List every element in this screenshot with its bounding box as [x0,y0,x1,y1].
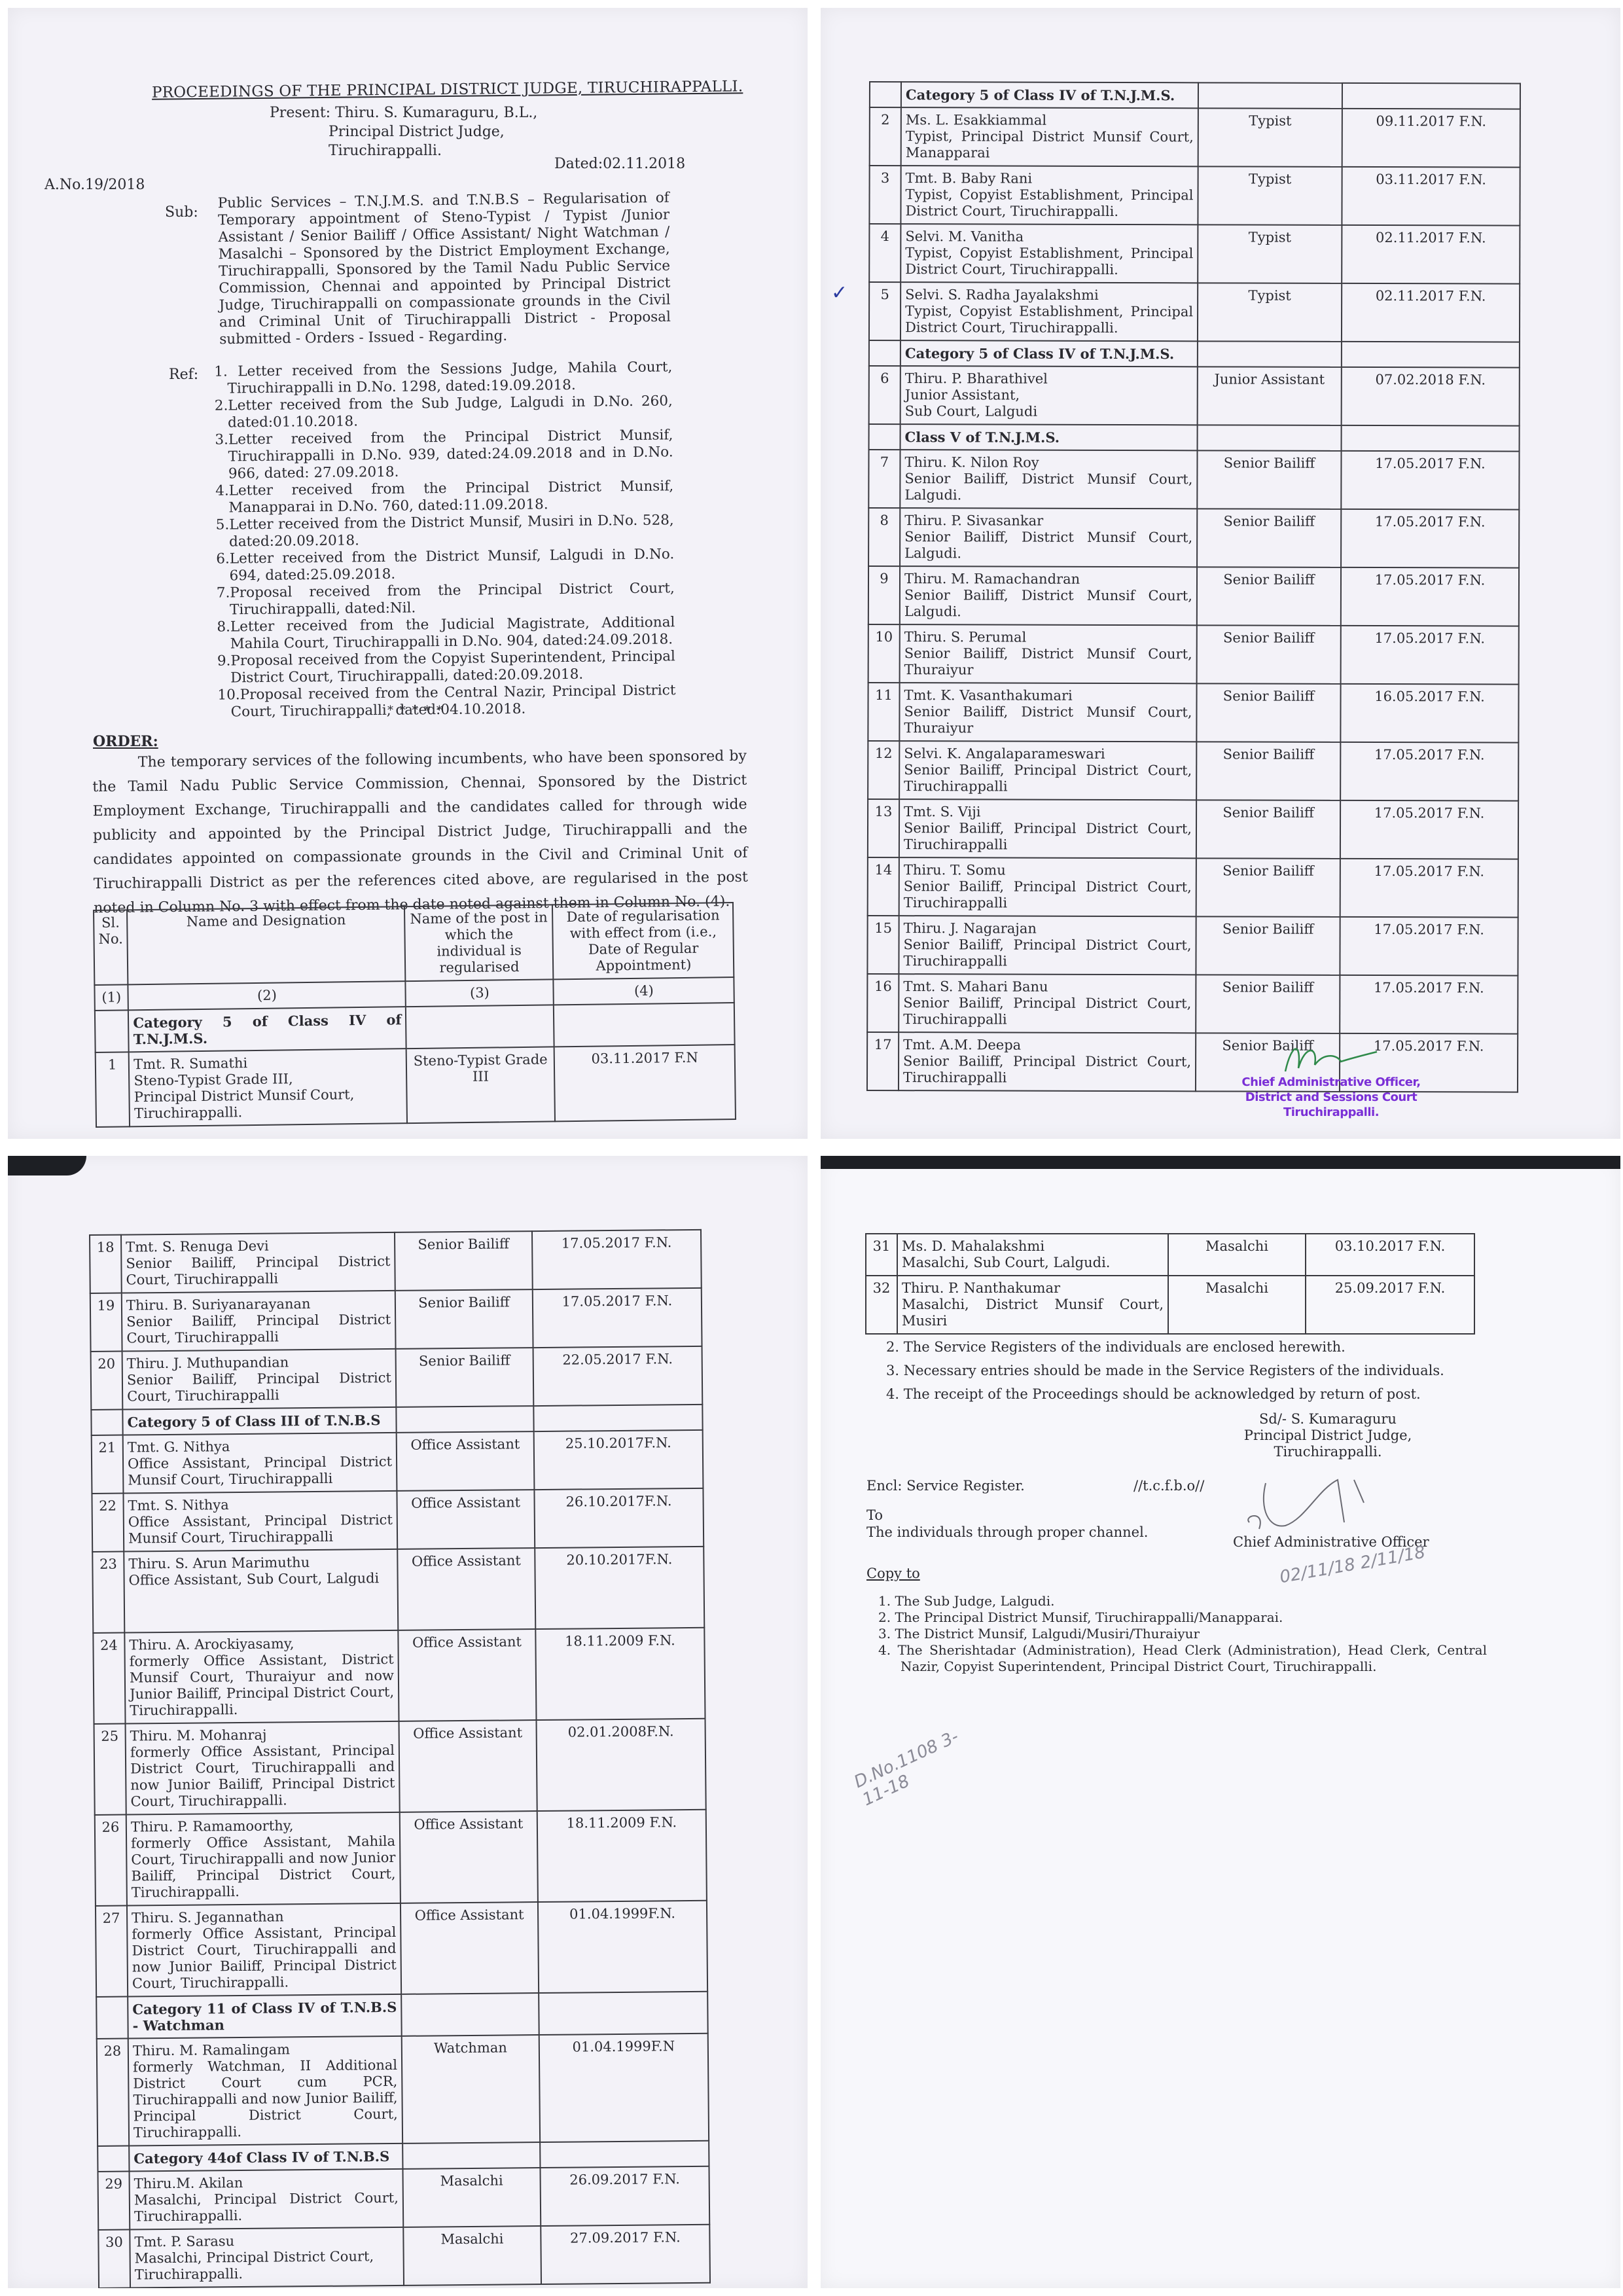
date: Dated:02.11.2018 [554,156,685,172]
name-line: Sub Court, Lalgudi [905,403,1193,420]
post-cell [402,2142,540,2169]
name-designation-cell: Thiru. M. Mohanrajformerly Office Assist… [126,1721,400,1815]
name-designation-cell: Thiru. S. Arun MarimuthuOffice Assistant… [124,1549,398,1633]
name-line: Tmt. G. Nithya [128,1437,392,1456]
copy-to-item: 2. The Principal District Munsif, Tiruch… [878,1609,1487,1626]
stamp-line: Chief Administrative Officer, [1213,1075,1449,1090]
post-cell: Senior Bailiff [1196,683,1340,742]
name-line: Tmt. K. Vasanthakumari [904,687,1192,704]
closing-paragraph: 3. Necessary entries should be made in t… [886,1359,1444,1382]
sl-cell: 1 [96,1052,130,1127]
date-cell: 17.05.2017 F.N. [532,1230,702,1289]
enclosure: Encl: Service Register. [866,1478,1025,1494]
sl-cell: 5 [869,282,901,340]
sl-cell: 32 [866,1276,897,1334]
post-cell [396,1406,533,1433]
table-row: 4Selvi. M. VanithaTypist, Copyist Establ… [869,224,1520,284]
table-row: 23Thiru. S. Arun MarimuthuOffice Assista… [92,1547,704,1633]
name-line: Selvi. S. Radha Jayalakshmi [905,287,1193,304]
table-row: 16Tmt. S. Mahari BanuSenior Bailiff, Pri… [867,974,1518,1034]
subject-label: Sub: [165,204,198,221]
sl-cell: 31 [866,1234,897,1276]
sl-cell: 15 [867,916,899,974]
sl-cell: 2 [870,107,901,166]
name-line: Typist, Principal District Munsif Court,… [906,128,1194,162]
name-line: Tiruchirappalli. [135,2265,399,2284]
table-body: 18Tmt. S. Renuga DeviSenior Bailiff, Pri… [90,1230,710,2288]
table-row: 6Thiru. P. BharathivelJunior Assistant,S… [869,366,1520,426]
date-cell [1342,425,1520,452]
name-line: Tmt. S. Nithya [128,1496,393,1515]
name-line: Senior Bailiff, District Munsif Court, L… [904,587,1192,620]
name-designation-cell: Thiru. T. SomuSenior Bailiff, Principal … [899,857,1196,916]
post-cell: Typist [1198,224,1342,283]
name-line: Thiru. P. Bharathivel [905,370,1193,387]
post-cell: Senior Bailiff [395,1231,533,1291]
name-line: Thiru. M. Ramalingam [133,2041,397,2060]
post-cell: Senior Bailiff [1196,975,1340,1033]
name-line: Senior Bailiff, Principal District Court… [126,1253,390,1289]
sl-cell [96,1997,128,2039]
post-cell: Senior Bailiff [1197,509,1341,567]
reference-item: 8.Letter received from the Judicial Magi… [217,614,675,653]
date-cell [533,1405,702,1431]
table-row: 20Thiru. J. MuthupandianSenior Bailiff, … [91,1346,703,1410]
date-cell [1342,83,1520,109]
date-cell [540,2141,709,2168]
date-cell [1342,342,1520,368]
sl-cell: 8 [868,508,900,566]
sl-cell: 9 [868,566,900,624]
reference-item: 1. Letter received from the Sessions Jud… [214,359,673,397]
name-line: Masalchi, District Munsif Court, Musiri [902,1297,1164,1329]
stamp-line: District and Sessions Court [1213,1090,1449,1105]
post-cell: Senior Bailiff [1196,858,1340,917]
present-line: Tiruchirappalli. [270,141,537,160]
post-cell: Senior Bailiff [395,1289,533,1349]
header-sl: Sl. No. [94,910,128,985]
post-cell: Masalchi [402,2168,541,2227]
name-line: Thiru. B. Suriyanarayanan [126,1295,391,1314]
sl-cell: 11 [868,683,899,741]
name-designation-cell: Thiru. P. Ramamoorthy,formerly Office As… [126,1812,401,1906]
name-line: Ms. L. Esakkiammal [906,112,1194,129]
sl-cell [870,82,901,107]
name-line: Masalchi, Sub Court, Lalgudi. [902,1255,1164,1271]
name-designation-cell: Thiru. A. Arockiyasamy,formerly Office A… [124,1630,399,1724]
handwritten-note: D.No.1108 3-11-18 [851,1719,987,1810]
header-date: Date of regularisation with effect from … [552,903,734,979]
table-row: 28Thiru. M. Ramalingamformerly Watchman,… [97,2034,709,2146]
reference-item: 5.Letter received from the District Muns… [216,512,675,550]
date-cell: 02.11.2017 F.N. [1342,225,1520,284]
date-cell: 03.11.2017 F.N [554,1045,736,1121]
table-body: Category 5 of Class IV of T.N.J.M.S.1Tmt… [95,1003,736,1127]
copy-to-item: 3. The District Munsif, Lalgudi/Musiri/T… [878,1626,1487,1642]
date-cell: 22.05.2017 F.N. [533,1346,703,1406]
table-body: Category 5 of Class IV of T.N.J.M.S.2Ms.… [867,82,1520,1092]
date-cell: 17.05.2017 F.N. [1341,567,1519,626]
table-row: 12Selvi. K. AngalaparameswariSenior Bail… [868,741,1518,801]
sl-cell [91,1410,122,1435]
col-num: (2) [128,981,406,1010]
name-line: Thiru. P. Sivasankar [904,512,1192,529]
name-designation-cell: Tmt. K. VasanthakumariSenior Bailiff, Di… [899,683,1196,742]
sl-cell: 14 [868,857,899,916]
post-cell: Typist [1198,283,1342,342]
name-line: Office Assistant, Sub Court, Lalgudi [129,1570,393,1589]
post-cell: Typist [1198,108,1342,167]
sl-cell: 21 [92,1435,124,1494]
category-label: Category 5 of Class IV of T.N.J.M.S. [901,82,1198,108]
name-line: Thiru. J. Nagarajan [904,920,1192,937]
post-cell: Office Assistant [400,1811,538,1903]
date-cell [554,1003,735,1047]
name-designation-cell: Thiru. P. SivasankarSenior Bailiff, Dist… [900,508,1197,567]
category-label: Category 5 of Class III of T.N.B.S [122,1407,396,1435]
signoff-line: Tiruchirappalli. [1240,1444,1416,1460]
table-row: 29Thiru.M. AkilanMasalchi, Principal Dis… [98,2166,709,2230]
name-line: Typist, Copyist Establishment, Principal… [905,187,1193,220]
name-line: Junior Assistant, [905,387,1193,404]
name-designation-cell: Tmt. B. Baby RaniTypist, Copyist Establi… [901,166,1198,224]
date-cell [539,1992,708,2035]
name-line: Senior Bailiff, Principal District Court… [904,878,1192,912]
table-row: 9Thiru. M. RamachandranSenior Bailiff, D… [868,566,1519,626]
present-line: Principal District Judge, [270,122,537,141]
category-row: Class V of T.N.J.M.S. [869,424,1520,452]
table-row: 2Ms. L. EsakkiammalTypist, Principal Dis… [870,107,1520,168]
table-row: 1Tmt. R. SumathiSteno-Typist Grade III,P… [96,1045,736,1127]
sl-cell [98,2146,129,2172]
name-line: Senior Bailiff, Principal District Court… [903,937,1191,970]
table-row: 7Thiru. K. Nilon RoySenior Bailiff, Dist… [868,450,1519,510]
name-line: Thiru. T. Somu [904,862,1192,879]
name-line: Thiru. S. Arun Marimuthu [128,1554,393,1573]
name-designation-cell: Tmt. G. NithyaOffice Assistant, Principa… [123,1433,397,1494]
name-line: Senior Bailiff, Principal District Court… [903,1053,1191,1086]
date-cell: 07.02.2018 F.N. [1342,367,1520,426]
date-cell: 17.05.2017 F.N. [1340,859,1518,918]
name-line: Senior Bailiff, District Munsif Court, T… [904,645,1192,679]
name-designation-cell: Tmt. S. Renuga DeviSenior Bailiff, Princ… [121,1232,395,1293]
table-row: 31Ms. D. MahalakshmiMasalchi, Sub Court,… [866,1234,1474,1276]
name-line: formerly Office Assistant, District Muns… [130,1651,395,1719]
sl-cell: 27 [96,1906,128,1997]
name-line: formerly Office Assistant, Mahila Court,… [131,1833,396,1901]
name-line: Tiruchirappalli. [134,1102,402,1122]
sl-cell [869,340,901,366]
post-cell [1198,341,1342,367]
checkmark-icon: ✓ [831,281,847,304]
category-label: Category 11 of Class IV of T.N.B.S - Wat… [128,1994,402,2039]
table-row: 15Thiru. J. NagarajanSenior Bailiff, Pri… [867,916,1518,976]
present-block: Present: Thiru. S. Kumaraguru, B.L., Pri… [270,103,537,160]
copy-to-list: 1. The Sub Judge, Lalgudi. 2. The Princi… [878,1593,1487,1675]
name-line: Office Assistant, Principal District Mun… [128,1454,392,1489]
signoff-line: Principal District Judge, [1240,1427,1416,1444]
date-cell: 09.11.2017 F.N. [1342,109,1520,168]
post-cell: Typist [1198,166,1342,225]
reference-item: 7.Proposal received from the Principal D… [217,580,675,619]
table-row: 19Thiru. B. SuriyanarayananSenior Bailif… [90,1288,702,1352]
header-post: Name of the post in which the individual… [404,905,553,981]
page-2: ✓ Category 5 of Class IV of T.N.J.M.S.2M… [821,8,1620,1139]
category-label: Category 5 of Class IV of T.N.J.M.S. [901,340,1198,367]
name-line: Senior Bailiff, District Munsif Court, L… [904,471,1192,504]
name-designation-cell: Tmt. S. Mahari BanuSenior Bailiff, Princ… [899,974,1196,1033]
col-num: (4) [554,977,734,1005]
sl-cell: 17 [867,1032,899,1090]
table-row: 25Thiru. M. Mohanrajformerly Office Assi… [94,1719,706,1815]
date-cell: 26.10.2017F.N. [534,1488,704,1548]
category-row: Category 11 of Class IV of T.N.B.S - Wat… [96,1992,708,2039]
sl-cell: 7 [868,450,900,508]
category-row: Category 5 of Class IV of T.N.J.M.S. [95,1003,735,1052]
table-row: 24Thiru. A. Arockiyasamy,formerly Office… [93,1628,705,1724]
table-row: 8Thiru. P. SivasankarSenior Bailiff, Dis… [868,508,1519,568]
sl-cell: 16 [867,974,899,1032]
name-designation-cell: Selvi. S. Radha JayalakshmiTypist, Copyi… [901,282,1198,341]
stamp-line: Tiruchirappalli. [1213,1105,1449,1120]
name-line: Senior Bailiff, Principal District Court… [904,820,1192,853]
tcfbo-mark: //t.c.f.b.o// [1133,1478,1204,1494]
col-num: (3) [406,979,554,1007]
name-line: Office Assistant, Principal District Mun… [128,1512,393,1547]
copy-to-item: 4. The Sherishtadar (Administration), He… [878,1642,1487,1675]
post-cell: Junior Assistant [1198,367,1342,425]
reference-item: 9.Proposal received from the Copyist Sup… [217,648,676,687]
to-text: The individuals through proper channel. [866,1524,1148,1541]
date-cell: 17.05.2017 F.N. [1341,509,1519,568]
post-cell: Office Assistant [398,1629,536,1721]
post-cell: Office Assistant [399,1720,537,1812]
post-cell: Masalchi [1168,1234,1306,1276]
name-designation-cell: Selvi. K. AngalaparameswariSenior Bailif… [899,741,1196,800]
date-cell: 18.11.2009 F.N. [535,1628,705,1720]
sl-cell: 29 [98,2172,130,2230]
post-cell: Watchman [402,2035,540,2144]
name-designation-cell: Thiru. J. NagarajanSenior Bailiff, Princ… [899,916,1196,975]
page-4: 31Ms. D. MahalakshmiMasalchi, Sub Court,… [821,1156,1620,2288]
name-designation-cell: Ms. L. EsakkiammalTypist, Principal Dist… [901,107,1198,166]
name-line: Selvi. M. Vanitha [905,228,1193,245]
post-cell: Senior Bailiff [396,1348,534,1407]
subject-text: Public Services – T.N.J.M.S. and T.N.B.S… [218,190,671,348]
name-line: Selvi. K. Angalaparameswari [904,745,1192,762]
post-cell: Senior Bailiff [1196,742,1340,800]
table-row: 22Tmt. S. NithyaOffice Assistant, Princi… [92,1488,704,1552]
name-designation-cell: Tmt. P. SarasuMasalchi, Principal Distri… [130,2227,404,2288]
table-row: 21Tmt. G. NithyaOffice Assistant, Princi… [92,1430,704,1494]
sl-cell: 3 [869,166,901,224]
reference-item: 3.Letter received from the Principal Dis… [215,427,673,482]
sl-cell [869,424,901,450]
sl-cell: 25 [94,1724,126,1815]
name-line: Senior Bailiff, District Munsif Court, L… [904,529,1192,562]
present-line: Present: Thiru. S. Kumaraguru, B.L., [270,103,537,122]
sl-cell: 28 [97,2039,129,2146]
proceeding-number: A.No.19/2018 [45,177,145,193]
table-row: 13Tmt. S. VijiSenior Bailiff, Principal … [868,799,1518,859]
date-cell: 02.11.2017 F.N. [1342,283,1520,342]
table-row: 10Thiru. S. PerumalSenior Bailiff, Distr… [868,624,1519,685]
official-stamp: Chief Administrative Officer, District a… [1213,1075,1449,1120]
date-cell: 17.05.2017 F.N. [1341,451,1519,510]
copy-to-item: 1. The Sub Judge, Lalgudi. [878,1593,1487,1609]
post-cell: Steno-Typist Grade III [406,1047,555,1123]
sl-cell: 6 [869,366,901,424]
sl-cell: 4 [869,224,901,282]
sl-cell: 20 [91,1352,123,1410]
date-cell: 17.05.2017 F.N. [1340,917,1518,976]
closing-paragraph: 2. The Service Registers of the individu… [886,1335,1444,1359]
date-cell: 16.05.2017 F.N. [1340,684,1518,743]
name-line: Thiru. P. Nanthakumar [902,1280,1164,1297]
sl-cell: 24 [93,1633,125,1724]
date-cell: 17.05.2017 F.N. [1340,975,1518,1034]
name-designation-cell: Thiru.M. AkilanMasalchi, Principal Distr… [129,2169,403,2230]
date-cell: 20.10.2017F.N. [535,1547,704,1629]
header-name: Name and Designation [127,906,405,984]
category-label: Class V of T.N.J.M.S. [901,424,1198,450]
post-cell: Senior Bailiff [1197,567,1341,626]
name-line: Thiru.M. Akilan [134,2174,399,2193]
post-cell: Masalchi [403,2226,541,2286]
regularisation-table-page-3: 18Tmt. S. Renuga DeviSenior Bailiff, Pri… [89,1229,711,2288]
name-line: formerly Watchman, II Additional Distric… [133,2057,398,2142]
references-list: 1. Letter received from the Sessions Jud… [214,359,676,721]
post-cell [401,1993,539,2036]
date-cell: 01.04.1999F.N [539,2034,709,2142]
to-block: To The individuals through proper channe… [866,1507,1148,1541]
post-cell: Senior Bailiff [1196,916,1340,975]
post-cell: Office Assistant [401,1902,539,1994]
post-cell: Senior Bailiff [1197,625,1341,684]
name-designation-cell: Tmt. A.M. DeepaSenior Bailiff, Principal… [899,1032,1196,1091]
reference-item: 6.Letter received from the District Muns… [216,546,675,584]
name-line: Senior Bailiff, Principal District Court… [126,1312,391,1347]
page-1: PROCEEDINGS OF THE PRINCIPAL DISTRICT JU… [8,8,808,1139]
category-label: Category 5 of Class IV of T.N.J.M.S. [128,1007,406,1052]
date-cell: 01.04.1999F.N. [538,1901,707,1993]
name-line: Senior Bailiff, District Munsif Court, T… [904,704,1192,737]
date-cell: 03.10.2017 F.N. [1306,1234,1474,1276]
name-designation-cell: Tmt. S. NithyaOffice Assistant, Principa… [123,1491,397,1552]
name-line: Thiru. J. Muthupandian [127,1354,391,1372]
table-row: 27Thiru. S. Jegannathanformerly Office A… [96,1901,707,1997]
sl-cell: 30 [98,2230,130,2288]
reference-item: 2.Letter received from the Sub Judge, La… [215,393,673,431]
date-cell: 17.05.2017 F.N. [1340,742,1518,801]
name-designation-cell: Tmt. R. SumathiSteno-Typist Grade III,Pr… [129,1049,407,1126]
date-cell: 17.05.2017 F.N. [533,1288,702,1348]
name-designation-cell: Thiru. P. NanthakumarMasalchi, District … [897,1276,1168,1334]
post-cell: Senior Bailiff [1196,800,1340,859]
name-designation-cell: Thiru. M. RamachandranSenior Bailiff, Di… [900,566,1197,625]
sl-cell: 22 [92,1494,124,1552]
name-line: formerly Office Assistant, Principal Dis… [132,1924,397,1992]
sl-cell: 23 [92,1552,124,1633]
post-cell: Office Assistant [397,1431,535,1491]
to-label: To [866,1507,1148,1524]
name-designation-cell: Thiru. J. MuthupandianSenior Bailiff, Pr… [122,1349,397,1410]
sl-cell: 12 [868,741,899,799]
sl-cell: 19 [90,1293,122,1352]
regularisation-table-page-1: Sl. No. Name and Designation Name of the… [93,902,736,1128]
document-title: PROCEEDINGS OF THE PRINCIPAL DISTRICT JU… [152,78,743,101]
name-line: Tmt. P. Sarasu [134,2232,399,2251]
name-line: Masalchi, Principal District Court, Tiru… [134,2190,399,2225]
references-label: Ref: [169,367,198,383]
table-body: 31Ms. D. MahalakshmiMasalchi, Sub Court,… [866,1234,1474,1334]
table-row: 30Tmt. P. SarasuMasalchi, Principal Dist… [98,2225,710,2288]
category-label: Category 44of Class IV of T.N.B.S [129,2144,402,2172]
table-row: 14Thiru. T. SomuSenior Bailiff, Principa… [868,857,1518,918]
signoff-line: Sd/- S. Kumaraguru [1240,1411,1416,1427]
name-line: Typist, Copyist Establishment, Principal… [905,245,1193,278]
table-row: 26Thiru. P. Ramamoorthy,formerly Office … [95,1810,707,1906]
name-designation-cell: Thiru. K. Nilon RoySenior Bailiff, Distr… [900,450,1197,509]
post-cell: Office Assistant [397,1548,535,1630]
name-line: Senior Bailiff, Principal District Court… [127,1370,391,1405]
table-row: 5Selvi. S. Radha JayalakshmiTypist, Copy… [869,282,1520,342]
date-cell: 17.05.2017 F.N. [1341,626,1519,685]
name-line: Ms. D. Mahalakshmi [902,1238,1164,1255]
date-cell: 03.11.2017 F.N. [1342,167,1520,226]
sl-cell: 10 [868,624,900,683]
signature-icon [1279,1039,1383,1078]
regularisation-table-page-4: 31Ms. D. MahalakshmiMasalchi, Sub Court,… [865,1233,1475,1335]
name-line: Senior Bailiff, Principal District Court… [903,995,1191,1028]
name-line: Thiru. S. Jegannathan [132,1908,396,1927]
sl-cell: 18 [90,1235,122,1293]
category-row: Category 5 of Class IV of T.N.J.M.S. [870,82,1520,109]
table-row: 11Tmt. K. VasanthakumariSenior Bailiff, … [868,683,1518,743]
name-line: Thiru. A. Arockiyasamy, [129,1635,393,1654]
table-row: 32Thiru. P. NanthakumarMasalchi, Distric… [866,1276,1474,1334]
name-line: Typist, Copyist Establishment, Principal… [905,303,1193,336]
signature-icon [1240,1470,1397,1542]
name-line: Senior Bailiff, Principal District Court… [904,762,1192,795]
sl-cell: 26 [95,1815,127,1906]
name-line: Thiru. M. Ramachandran [904,571,1192,588]
date-cell: 18.11.2009 F.N. [537,1810,707,1902]
regularisation-table-page-2: Category 5 of Class IV of T.N.J.M.S.2Ms.… [866,81,1521,1093]
post-cell: Senior Bailiff [1197,450,1341,509]
name-designation-cell: Thiru. B. SuriyanarayananSenior Bailiff,… [122,1291,396,1352]
name-line: Tmt. A.M. Deepa [903,1037,1191,1054]
name-line: Tmt. S. Renuga Devi [126,1237,390,1256]
date-cell: 02.01.2008F.N. [537,1719,706,1811]
name-designation-cell: Tmt. S. VijiSenior Bailiff, Principal Di… [899,799,1196,858]
name-line: Thiru. P. Ramamoorthy, [131,1817,395,1836]
page-3: 18Tmt. S. Renuga DeviSenior Bailiff, Pri… [8,1156,808,2288]
name-designation-cell: Thiru. S. Jegannathanformerly Office Ass… [127,1903,401,1997]
date-cell: 27.09.2017 F.N. [541,2225,710,2284]
category-row: Category 5 of Class IV of T.N.J.M.S. [869,340,1520,368]
date-cell: 26.09.2017 F.N. [540,2166,709,2226]
table-row: 18Tmt. S. Renuga DeviSenior Bailiff, Pri… [90,1230,702,1293]
sl-cell [95,1010,129,1052]
post-cell: Office Assistant [397,1490,535,1549]
date-cell: 17.05.2017 F.N. [1340,800,1518,859]
name-designation-cell: Thiru. M. Ramalingamformerly Watchman, I… [128,2036,402,2146]
name-line: Tmt. S. Viji [904,804,1192,821]
order-heading: ORDER: [93,733,158,750]
reference-item: 4.Letter received from the Principal Dis… [215,478,674,516]
table-header-row: Sl. No. Name and Designation Name of the… [94,903,734,985]
